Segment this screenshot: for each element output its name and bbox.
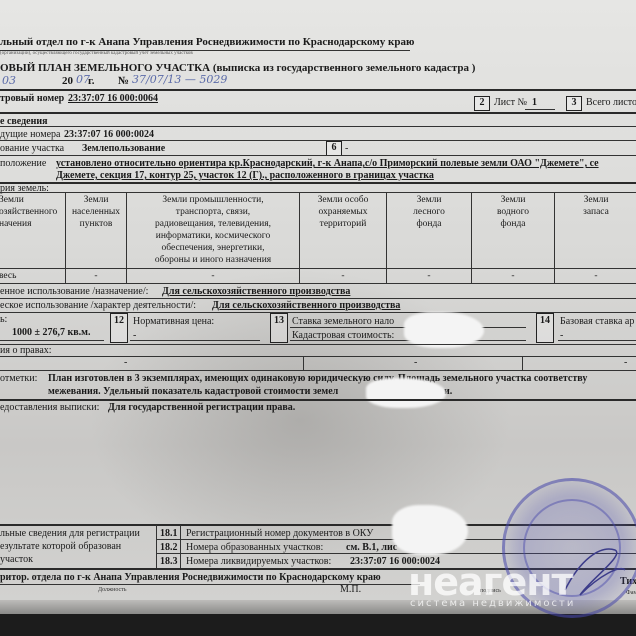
prev-numbers-label: дущие номера [0,129,60,140]
total-sheets-label: Всего листо [586,97,636,108]
divider [0,356,636,357]
row-number: 18.1 [160,528,178,539]
actual-use-value: Для сельскохозяйственного производства [212,300,400,311]
location-line-2: Джемете, секция 17, контур 25, участок 1… [56,170,434,181]
table-header-row: Земли озяйственного начения Земли населе… [0,193,636,269]
cadastral-label: тровый номер [0,93,64,104]
purpose-value: Для государственной регистрации права. [108,402,295,413]
plot-name-label: ование участка [0,143,64,154]
table-cell: - [387,269,472,284]
registration-info-line-1: льные сведения для регистрации [0,528,140,539]
date-year-prefix: 20 [62,75,73,87]
reg-doc-number-label: Регистрационный номер документов в ОКУ [186,528,373,539]
redaction-mark [392,505,468,555]
underline [558,340,636,341]
row-number: 18.2 [160,542,178,553]
notes-line-2: межевания. Удельный показатель кадастров… [48,386,338,397]
divider [0,344,636,345]
rights-label: ия о правах: [0,345,52,356]
area-value: 1000 ± 276,7 кв.м. [12,327,90,338]
box-6: 6 [326,141,342,156]
column-header: Земли озяйственного начения [0,193,66,269]
table-cell: - [300,269,387,284]
divider [156,525,157,568]
box-2: 2 [474,96,490,111]
redaction-mark [404,312,484,348]
land-category-table: Земли озяйственного начения Земли населе… [0,192,636,284]
column-header: Земли лесного фонда [387,193,472,269]
column-header: Земли особо охраняемых территорий [300,193,387,269]
table-cell: - [127,269,300,284]
box-3: 3 [566,96,582,111]
box-13: 13 [270,313,288,343]
base-rate-label: Базовая ставка ар [560,316,634,327]
location-label: положение [0,158,46,169]
underline [130,340,260,341]
area-label: ь: [0,314,7,325]
land-tax-label: Ставка земельного нало [292,316,394,327]
column-header: Земли населенных пунктов [66,193,127,269]
box-6-value: - [345,143,348,154]
table-cell: - [472,269,555,284]
table-cell: - [555,269,636,284]
position-caption: Должность [98,587,127,593]
redaction-mark [366,378,446,408]
divider [0,298,636,299]
permitted-use-value: Для сельскохозяйственного производства [162,286,350,297]
permitted-use-label: енное использование /назначение/: [0,286,148,297]
registration-info-line-3: участок [0,554,33,565]
signatory-position: ритор. отдела по г-к Анапа Управления Ро… [0,572,381,583]
notes-line-1: План изготовлен в 3 экземплярах, имеющих… [48,373,587,384]
divider [0,155,636,156]
liquidated-plots-label: Номера ликвидируемых участков: [186,556,331,567]
bottom-dark-edge [0,612,636,636]
divider [0,140,636,141]
formed-plots-label: Номера образованных участков: [186,542,323,553]
agency-caption: (организации), осуществляющего государст… [0,51,193,56]
divider [180,525,181,568]
date-day-handwritten: 03 [2,74,16,87]
watermark-tagline: система недвижимости [410,598,575,609]
underline [0,340,104,341]
normative-price-label: Нормативная цена: [133,316,214,327]
seal-caption: М.П. [340,584,361,595]
divider [0,182,636,184]
actual-use-label: еское использование /характер деятельнос… [0,300,196,311]
plot-name-value: Землепользование [82,143,165,154]
rights-value: - [414,357,417,368]
divider [525,109,555,110]
sheet-label: Лист № [494,97,527,108]
prev-numbers-value: 23:37:07 16 000:0024 [64,129,154,140]
column-header: Земли запаса [555,193,636,269]
date-suffix: г. [88,75,95,87]
divider [0,89,636,91]
rights-value: - [124,357,127,368]
divider [0,370,636,371]
column-header: Земли водного фонда [472,193,555,269]
registration-info-line-2: езультате которой образован [0,541,121,552]
box-12: 12 [110,313,128,343]
notes-label: отметки: [0,373,37,384]
location-line-1: установлено относительно ориентира кр.Кр… [56,158,599,169]
box-14: 14 [536,313,554,343]
number-label: № [118,75,129,87]
formed-plots-value: см. В.1, лис [346,542,397,553]
row-number: 18.3 [160,556,178,567]
table-cell: - [66,269,127,284]
document-title: ОВЫЙ ПЛАН ЗЕМЕЛЬНОГО УЧАСТКА (выписка из… [0,62,475,74]
number-handwritten: 37/07/13 — 5029 [132,73,227,86]
column-header: Земли промышленности, транспорта, связи,… [127,193,300,269]
rights-value: - [624,357,627,368]
divider [0,399,636,401]
purpose-label: едоставления выписки: [0,402,99,413]
sheet-value: 1 [532,97,537,108]
agency-name: льный отдел по г-к Анапа Управления Росн… [0,36,414,48]
divider [0,126,636,127]
cadastral-number: 23:37:07 16 000:0064 [68,93,158,104]
divider [303,356,304,370]
table-cell: весь [0,269,66,284]
divider [522,356,523,370]
divider [0,112,636,114]
table-row: весь - - - - - - [0,269,636,284]
